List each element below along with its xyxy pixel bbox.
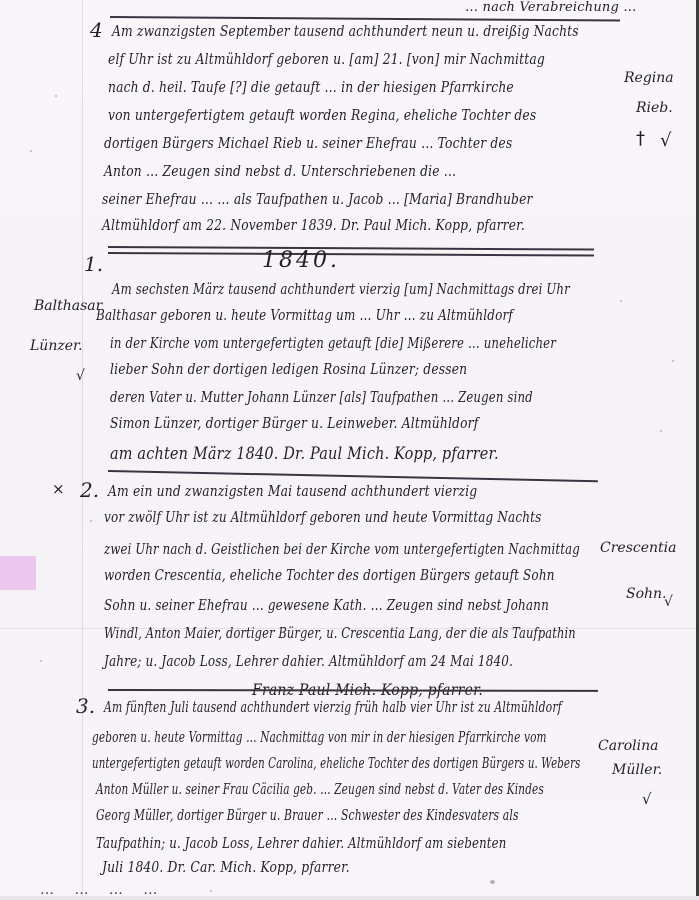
scan-speck [40, 660, 42, 662]
rule-line [108, 470, 598, 482]
entry-line: Am sechsten März tausend achthundert vie… [112, 280, 570, 298]
scan-speck [210, 890, 212, 892]
margin-name: Balthasar [34, 298, 102, 314]
scan-speck [660, 430, 662, 432]
entry-line: Jahre; u. Jacob Loss, Lehrer dahier. Alt… [104, 652, 513, 670]
entry-line: nach d. heil. Taufe [?] die getauft … in… [108, 78, 514, 96]
margin-name: Crescentia [600, 540, 676, 556]
rule-line [108, 246, 594, 250]
entry-line: dortigen Bürgers Michael Rieb u. seiner … [104, 134, 512, 152]
entry-line: geboren u. heute Vormittag … Nachmittag … [92, 728, 547, 746]
scan-speck [30, 150, 32, 152]
entry-line: Simon Lünzer, dortiger Bürger u. Leinweb… [110, 414, 478, 432]
entry-line: Am fünften Juli tausend achthundert vier… [104, 698, 562, 716]
entry-line: Taufpathin; u. Jacob Loss, Lehrer dahier… [96, 834, 506, 852]
entry-line: elf Uhr ist zu Altmühldorf geboren u. [a… [108, 50, 545, 68]
margin-surname: Rieb. [636, 100, 673, 116]
margin-surname: Lünzer. [30, 338, 83, 354]
year-heading: 1840. [262, 248, 340, 273]
bottom-fragment-text: … … … … [40, 882, 165, 898]
entry-line: Georg Müller, dortiger Bürger u. Brauer … [96, 806, 519, 824]
top-fragment-text: … nach Verabreichung … [465, 0, 637, 15]
margin-name: Regina [624, 70, 674, 86]
scan-speck [672, 360, 674, 362]
entry-line: Am ein und zwanzigsten Mai tausend achth… [108, 482, 477, 500]
rule-line [110, 16, 620, 21]
checkmark-icon: √ [664, 594, 673, 610]
entry-line: Am zwanzigsten September tausend achthun… [112, 22, 579, 40]
entry-line: Sohn u. seiner Ehefrau … gewesene Kath. … [104, 596, 549, 614]
entry-line: von untergefertigtem getauft worden Regi… [108, 106, 536, 124]
entry-line: am achten März 1840. Dr. Paul Mich. Kopp… [110, 444, 499, 464]
x-mark-icon: × [52, 480, 65, 498]
margin-fold-line [82, 0, 83, 900]
entry-line: Windl, Anton Maier, dortiger Bürger, u. … [104, 624, 576, 642]
entry-line: Anton Müller u. seiner Frau Cäcilia geb.… [96, 780, 544, 798]
scan-speck [90, 520, 92, 522]
margin-name: Carolina [598, 738, 659, 754]
margin-surname: Müller. [612, 762, 662, 778]
entry-line: deren Vater u. Mutter Johann Lünzer [als… [110, 388, 533, 406]
margin-surname: Sohn. [626, 586, 667, 602]
scan-speck [620, 300, 622, 302]
entry-line: Altmühldorf am 22. November 1839. Dr. Pa… [102, 216, 525, 234]
cross-icon: † [636, 128, 645, 149]
entry-line: untergefertigten getauft worden Carolina… [92, 754, 580, 772]
entry-line: Balthasar geboren u. heute Vormittag um … [96, 306, 513, 324]
scan-speck [490, 880, 495, 884]
entry-line: zwei Uhr nach d. Geistlichen bei der Kir… [104, 540, 580, 558]
entry-line: Anton … Zeugen sind nebst d. Unterschrie… [104, 162, 456, 180]
checkmark-icon: √ [642, 790, 652, 808]
checkmark-icon: √ [76, 368, 85, 384]
checkmark-icon: √ [660, 130, 671, 151]
entry-number: 1. [84, 252, 103, 276]
scan-speck [55, 95, 57, 97]
entry-line: vor zwölf Uhr ist zu Altmühldorf geboren… [104, 508, 541, 526]
entry-number: 3. [76, 694, 95, 718]
entry-line: in der Kirche vom untergefertigten getau… [110, 334, 556, 352]
entry-line: Juli 1840. Dr. Car. Mich. Kopp, pfarrer. [102, 858, 350, 876]
entry-line: seiner Ehefrau … … als Taufpathen u. Jac… [102, 190, 533, 208]
pink-sticky-tab [0, 556, 36, 590]
entry-line: worden Crescentia, eheliche Tochter des … [104, 566, 555, 584]
rule-line [108, 252, 594, 256]
entry-line: lieber Sohn der dortigen ledigen Rosina … [110, 360, 467, 378]
scanned-register-page: … nach Verabreichung … 4 Am zwanzigsten … [0, 0, 699, 900]
entry-number: 4 [90, 18, 103, 42]
entry-number: 2. [80, 478, 99, 502]
